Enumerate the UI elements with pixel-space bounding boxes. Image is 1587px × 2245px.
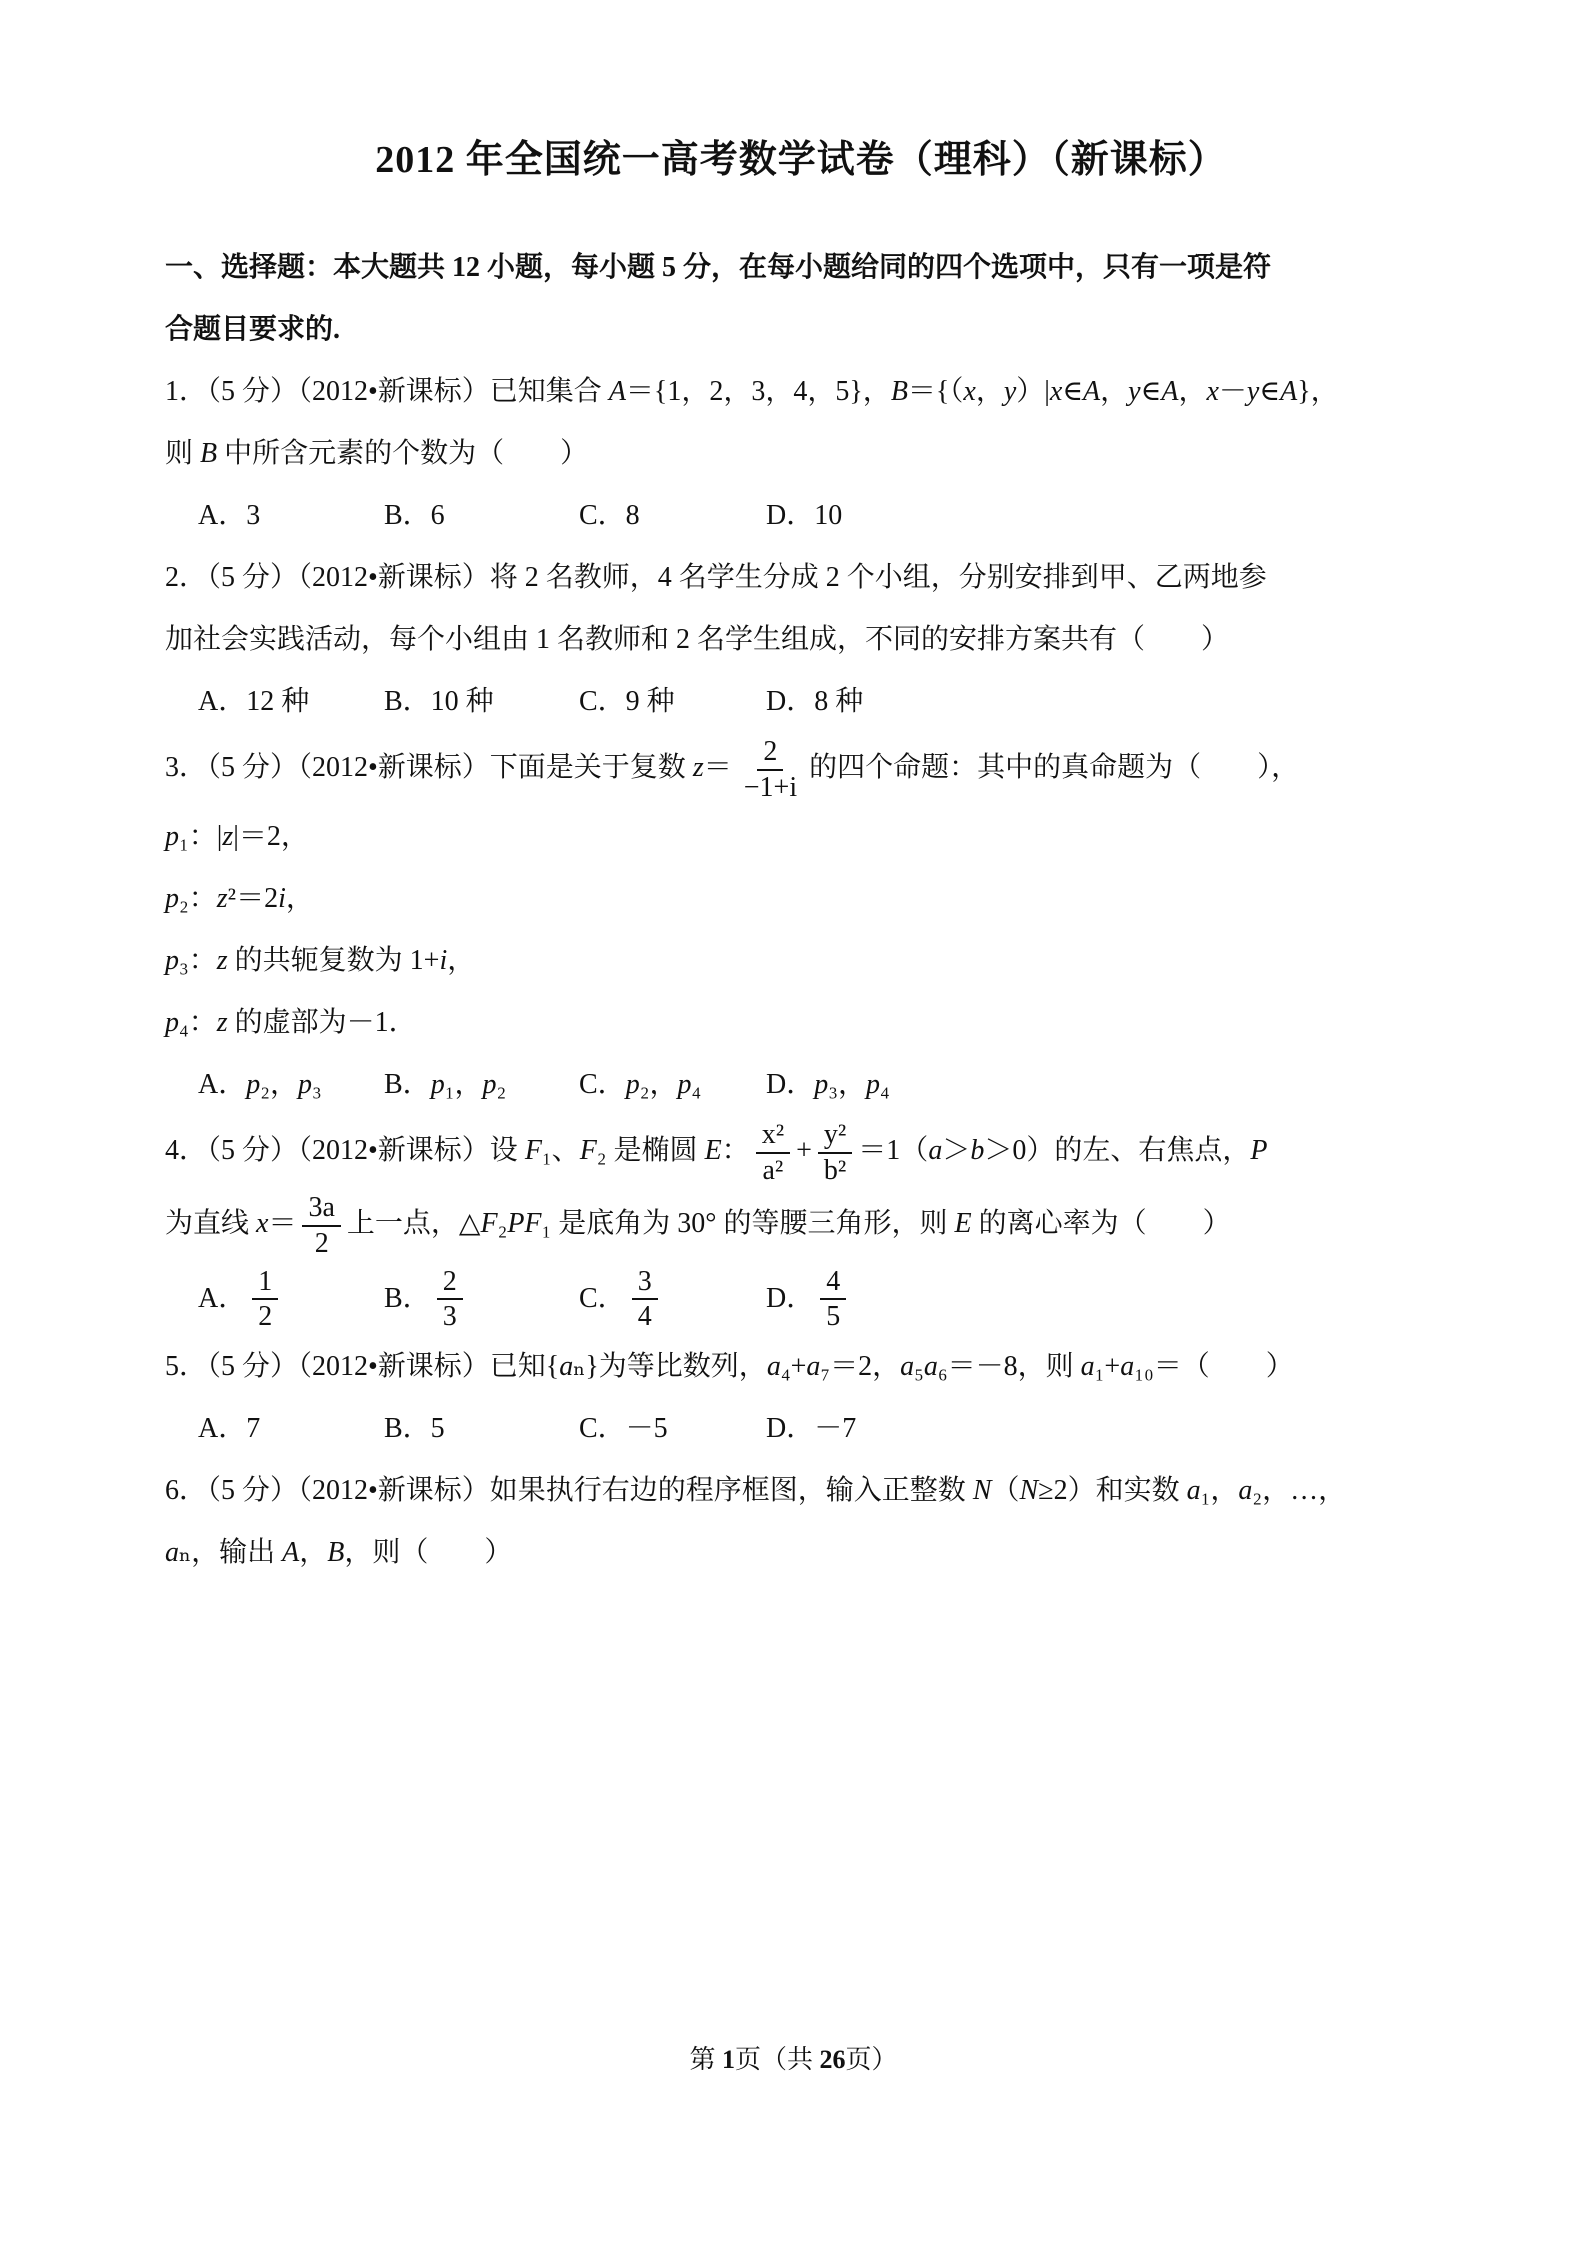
fraction: 12: [252, 1265, 278, 1334]
question-3-option-a: A．p₂，p₃: [198, 1054, 384, 1116]
question-3-line-2: p₁：|z|＝2，: [165, 806, 1437, 868]
question-5-option-b: B．5: [384, 1398, 579, 1460]
question-1-options: A．3 B．6 C．8 D．10: [198, 485, 1437, 547]
question-1-option-a: A．3: [198, 485, 384, 547]
question-1-option-d: D．10: [766, 485, 1437, 547]
question-3-line-1: 3．（5 分）（2012•新课标）下面是关于复数 z＝2−1+i的四个命题：其中…: [165, 733, 1437, 806]
question-5: 5．（5 分）（2012•新课标）已知{aₙ}为等比数列，a₄+a₇＝2，a₅a…: [165, 1336, 1437, 1460]
question-4-option-d: D．45: [766, 1263, 1437, 1336]
question-3-option-d: D．p₃，p₄: [766, 1054, 1437, 1116]
fraction: 2−1+i: [738, 735, 803, 804]
section-header-line-2: 合题目要求的.: [165, 299, 1437, 361]
fraction: 45: [820, 1265, 846, 1334]
question-1: 1．（5 分）（2012•新课标）已知集合 A＝{1，2，3，4，5}，B＝{（…: [165, 361, 1437, 547]
page-content: 2012 年全国统一高考数学试卷（理科）（新课标） 一、选择题：本大题共 12 …: [0, 0, 1587, 1584]
question-5-options: A．7 B．5 C．－5 D．－7: [198, 1398, 1437, 1460]
fraction: 23: [437, 1265, 463, 1334]
fraction: 3a2: [302, 1191, 340, 1260]
question-1-line-2: 则 B 中所含元素的个数为（ ）: [165, 423, 1437, 485]
question-3-option-c: C．p₂，p₄: [579, 1054, 766, 1116]
question-2-line-2: 加社会实践活动，每个小组由 1 名教师和 2 名学生组成，不同的安排方案共有（ …: [165, 609, 1437, 671]
question-4-option-b: B．23: [384, 1263, 579, 1336]
question-4-option-c: C．34: [579, 1263, 766, 1336]
question-1-option-b: B．6: [384, 485, 579, 547]
question-5-line-1: 5．（5 分）（2012•新课标）已知{aₙ}为等比数列，a₄+a₇＝2，a₅a…: [165, 1336, 1437, 1398]
fraction: 34: [632, 1265, 658, 1334]
question-4-line-1: 4．（5 分）（2012•新课标）设 F₁、F₂ 是椭圆 E：x²a²+y²b²…: [165, 1116, 1437, 1189]
question-3: 3．（5 分）（2012•新课标）下面是关于复数 z＝2−1+i的四个命题：其中…: [165, 733, 1437, 1116]
question-5-option-a: A．7: [198, 1398, 384, 1460]
question-6-line-2: aₙ，输出 A，B，则（ ）: [165, 1522, 1437, 1584]
question-5-option-c: C．－5: [579, 1398, 766, 1460]
question-5-option-d: D．－7: [766, 1398, 1437, 1460]
exam-page: 2012 年全国统一高考数学试卷（理科）（新课标） 一、选择题：本大题共 12 …: [0, 0, 1587, 2245]
question-2-option-a: A．12 种: [198, 671, 384, 733]
question-3-option-b: B．p₁，p₂: [384, 1054, 579, 1116]
fraction: y²b²: [818, 1118, 852, 1187]
page-title: 2012 年全国统一高考数学试卷（理科）（新课标）: [165, 128, 1437, 183]
question-2-options: A．12 种 B．10 种 C．9 种 D．8 种: [198, 671, 1437, 733]
question-2-option-d: D．8 种: [766, 671, 1437, 733]
section-header-line-1: 一、选择题：本大题共 12 小题，每小题 5 分，在每小题给同的四个选项中，只有…: [165, 237, 1437, 299]
question-2: 2．（5 分）（2012•新课标）将 2 名教师，4 名学生分成 2 个小组，分…: [165, 547, 1437, 733]
question-1-line-1: 1．（5 分）（2012•新课标）已知集合 A＝{1，2，3，4，5}，B＝{（…: [165, 361, 1437, 423]
question-4-options: A．12 B．23 C．34 D．45: [198, 1263, 1437, 1336]
question-3-line-5: p₄：z 的虚部为－1．: [165, 992, 1437, 1054]
page-footer: 第 1页（共 26页）: [0, 2040, 1587, 2080]
section-header: 一、选择题：本大题共 12 小题，每小题 5 分，在每小题给同的四个选项中，只有…: [165, 237, 1437, 361]
question-3-line-3: p₂：z²＝2i，: [165, 868, 1437, 930]
question-3-line-4: p₃：z 的共轭复数为 1+i，: [165, 930, 1437, 992]
question-2-option-c: C．9 种: [579, 671, 766, 733]
question-4-line-2: 为直线 x＝3a2上一点，△F₂PF₁ 是底角为 30° 的等腰三角形，则 E …: [165, 1189, 1437, 1262]
question-6: 6．（5 分）（2012•新课标）如果执行右边的程序框图，输入正整数 N（N≥2…: [165, 1460, 1437, 1584]
fraction: x²a²: [756, 1118, 790, 1187]
question-2-line-1: 2．（5 分）（2012•新课标）将 2 名教师，4 名学生分成 2 个小组，分…: [165, 547, 1437, 609]
question-1-option-c: C．8: [579, 485, 766, 547]
question-6-line-1: 6．（5 分）（2012•新课标）如果执行右边的程序框图，输入正整数 N（N≥2…: [165, 1460, 1437, 1522]
question-2-option-b: B．10 种: [384, 671, 579, 733]
question-4-option-a: A．12: [198, 1263, 384, 1336]
question-4: 4．（5 分）（2012•新课标）设 F₁、F₂ 是椭圆 E：x²a²+y²b²…: [165, 1116, 1437, 1336]
question-3-options: A．p₂，p₃ B．p₁，p₂ C．p₂，p₄ D．p₃，p₄: [198, 1054, 1437, 1116]
